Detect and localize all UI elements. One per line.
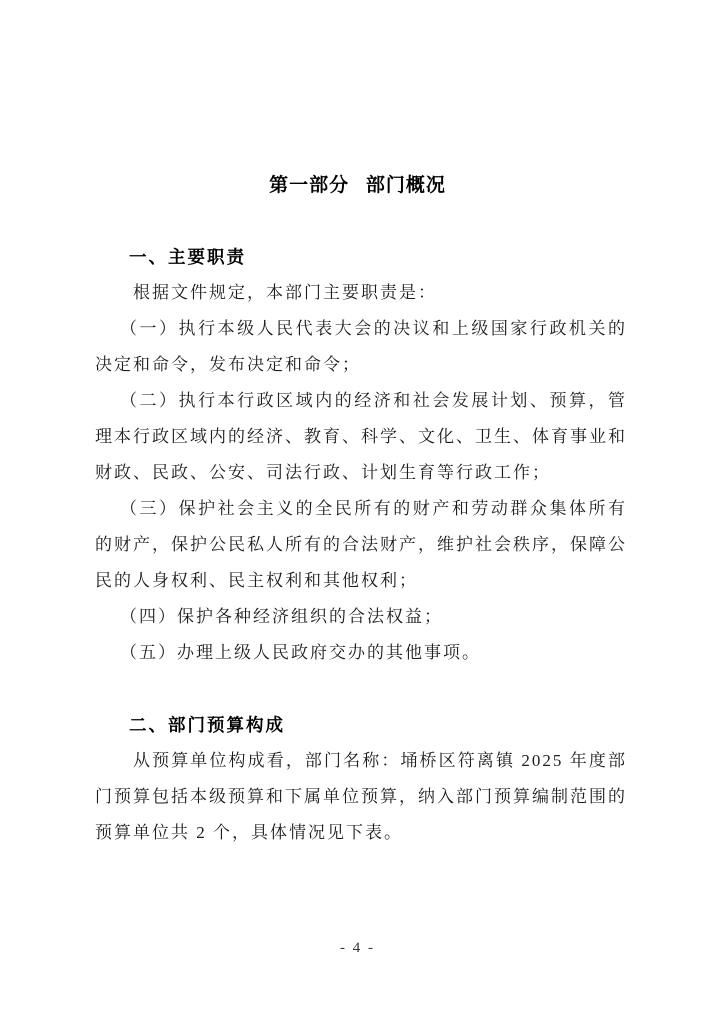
body-line: 根据文件规定，本部门主要职责是： <box>95 275 627 311</box>
body-line: 财政、民政、公安、司法行政、计划生育等行政工作； <box>95 455 627 491</box>
document-body: 一、主要职责 根据文件规定，本部门主要职责是： （一）执行本级人民代表大会的决议… <box>95 239 627 851</box>
body-line: 的财产，保护公民私人所有的合法财产，维护社会秩序，保障公 <box>95 527 627 563</box>
body-line: （五）办理上级人民政府交办的其他事项。 <box>95 635 627 671</box>
body-line: 从预算单位构成看，部门名称：埇桥区符离镇 2025 年度部 <box>95 743 627 779</box>
body-line: （三）保护社会主义的全民所有的财产和劳动群众集体所有 <box>95 491 627 527</box>
body-line: 门预算包括本级预算和下属单位预算，纳入部门预算编制范围的 <box>95 779 627 815</box>
body-line: 民的人身权利、民主权利和其他权利； <box>95 563 627 599</box>
body-line: （一）执行本级人民代表大会的决议和上级国家行政机关的 <box>95 311 627 347</box>
section-2-heading: 二、部门预算构成 <box>95 707 627 743</box>
body-line: 决定和命令，发布决定和命令； <box>95 347 627 383</box>
body-line: （四）保护各种经济组织的合法权益； <box>95 599 627 635</box>
body-line: 理本行政区域内的经济、教育、科学、文化、卫生、体育事业和 <box>95 419 627 455</box>
page-number: - 4 - <box>0 938 715 958</box>
section-1-heading: 一、主要职责 <box>95 239 627 275</box>
document-page: 第一部分 部门概况 一、主要职责 根据文件规定，本部门主要职责是： （一）执行本… <box>0 0 715 1011</box>
body-line: （二）执行本行政区域内的经济和社会发展计划、预算，管 <box>95 383 627 419</box>
page-title: 第一部分 部门概况 <box>0 172 715 200</box>
body-line: 预算单位共 2 个，具体情况见下表。 <box>95 815 627 851</box>
